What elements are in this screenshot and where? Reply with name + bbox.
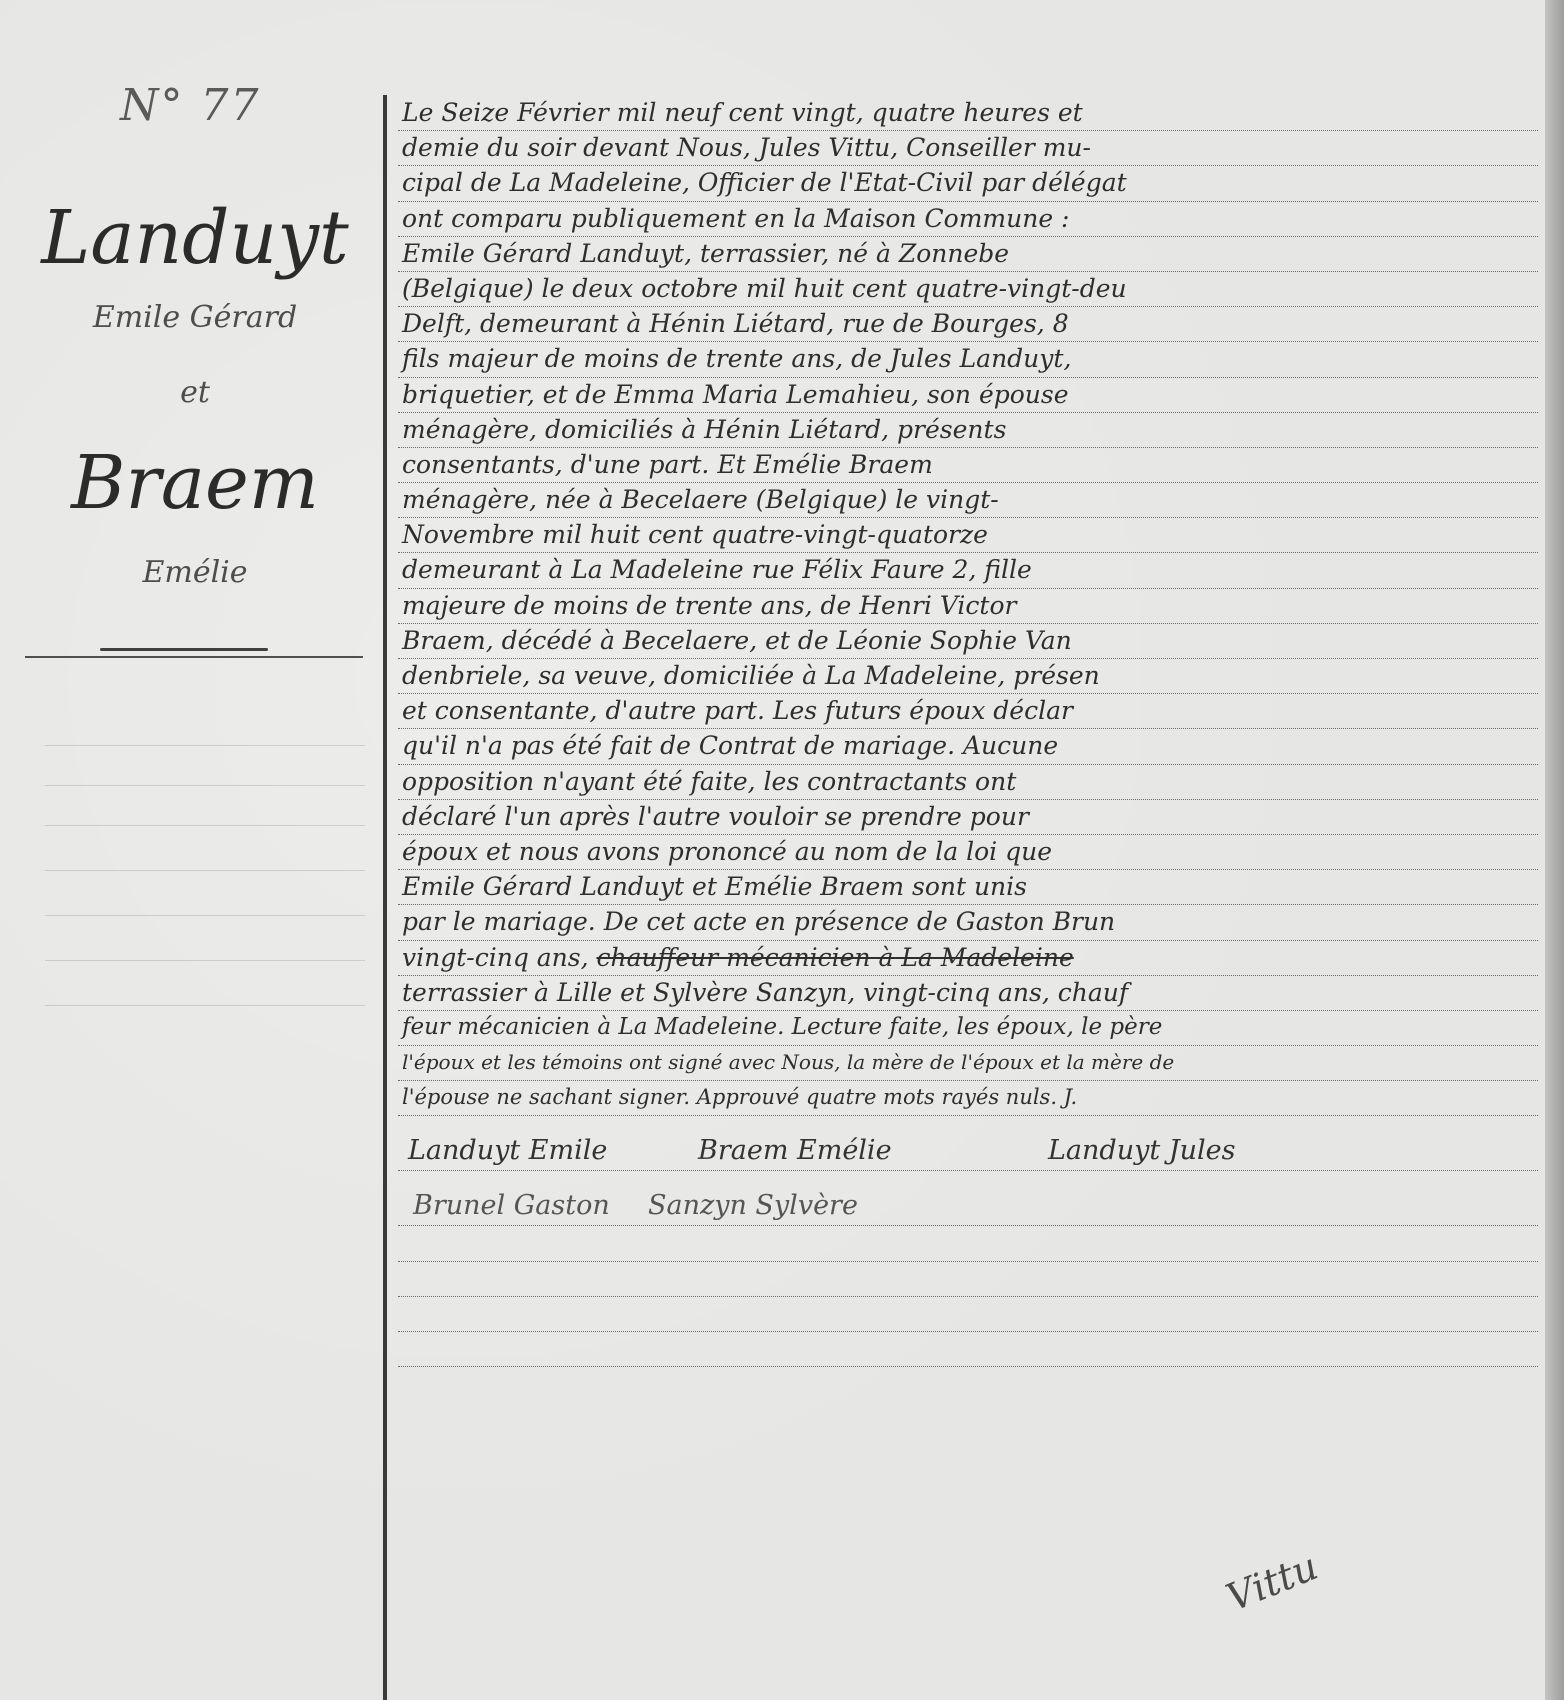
record-line-with-strikethrough: vingt-cinq ans, chauffeur mécanicien à L…	[398, 941, 1538, 976]
margin-divider-long	[25, 656, 363, 658]
bride-surname: Braem	[30, 440, 360, 526]
faint-ruling	[45, 825, 365, 826]
record-line: demie du soir devant Nous, Jules Vittu, …	[398, 131, 1538, 166]
faint-ruling	[45, 785, 365, 786]
margin-column: N° 77 Landuyt Emile Gérard et Braem Emél…	[0, 0, 383, 1700]
margin-divider-short	[100, 648, 268, 651]
record-line: feur mécanicien à La Madeleine. Lecture …	[398, 1011, 1538, 1046]
record-line: demeurant à La Madeleine rue Félix Faure…	[398, 553, 1538, 588]
record-line: consentants, d'une part. Et Emélie Braem	[398, 448, 1538, 483]
record-line: Le Seize Février mil neuf cent vingt, qu…	[398, 96, 1538, 131]
signature-witness-2: Sanzyn Sylvère	[648, 1190, 858, 1221]
blank-ruled-line	[398, 1332, 1538, 1367]
faint-ruling	[45, 745, 365, 746]
record-line: Delft, demeurant à Hénin Liétard, rue de…	[398, 307, 1538, 342]
record-line: cipal de La Madeleine, Officier de l'Eta…	[398, 166, 1538, 201]
entry-number: N° 77	[120, 80, 260, 131]
record-line: Emile Gérard Landuyt et Emélie Braem son…	[398, 870, 1538, 905]
record-line: terrassier à Lille et Sylvère Sanzyn, vi…	[398, 976, 1538, 1011]
conjunction: et	[30, 375, 360, 410]
groom-given-names: Emile Gérard	[30, 300, 360, 335]
record-line: l'épouse ne sachant signer. Approuvé qua…	[398, 1081, 1538, 1116]
record-body: Le Seize Février mil neuf cent vingt, qu…	[398, 96, 1538, 1367]
record-line: époux et nous avons prononcé au nom de l…	[398, 835, 1538, 870]
bride-given-names: Emélie	[30, 555, 360, 590]
record-line: majeure de moins de trente ans, de Henri…	[398, 589, 1538, 624]
record-line: denbriele, sa veuve, domiciliée à La Mad…	[398, 659, 1538, 694]
blank-ruled-line	[398, 1262, 1538, 1297]
blank-ruled-line	[398, 1226, 1538, 1261]
record-line: Emile Gérard Landuyt, terrassier, né à Z…	[398, 237, 1538, 272]
record-line: l'époux et les témoins ont signé avec No…	[398, 1046, 1538, 1081]
signature-row-2: Brunel Gaston Sanzyn Sylvère	[398, 1171, 1538, 1226]
signature-row-1: Landuyt Emile Braem Emélie Landuyt Jules	[398, 1116, 1538, 1171]
record-line: fils majeur de moins de trente ans, de J…	[398, 342, 1538, 377]
record-line: briquetier, et de Emma Maria Lemahieu, s…	[398, 378, 1538, 413]
faint-ruling	[45, 960, 365, 961]
signature-groom-father: Landuyt Jules	[1048, 1135, 1235, 1166]
record-line: Novembre mil huit cent quatre-vingt-quat…	[398, 518, 1538, 553]
groom-surname: Landuyt	[30, 195, 360, 281]
record-line: ont comparu publiquement en la Maison Co…	[398, 202, 1538, 237]
record-line: (Belgique) le deux octobre mil huit cent…	[398, 272, 1538, 307]
record-line: ménagère, née à Becelaere (Belgique) le …	[398, 483, 1538, 518]
signature-officer: Vittu	[1220, 1544, 1324, 1620]
struck-text: chauffeur mécanicien à La Madeleine	[597, 943, 1074, 972]
signature-groom: Landuyt Emile	[408, 1135, 607, 1166]
record-line: déclaré l'un après l'autre vouloir se pr…	[398, 800, 1538, 835]
faint-ruling	[45, 870, 365, 871]
record-line: qu'il n'a pas été fait de Contrat de mar…	[398, 729, 1538, 764]
margin-rule	[383, 95, 387, 1700]
signature-witness-1: Brunel Gaston	[413, 1190, 610, 1221]
register-page: N° 77 Landuyt Emile Gérard et Braem Emél…	[0, 0, 1545, 1700]
record-line: opposition n'ayant été faite, les contra…	[398, 765, 1538, 800]
faint-ruling	[45, 1005, 365, 1006]
faint-ruling	[45, 915, 365, 916]
page-edge	[1545, 0, 1564, 1700]
record-line: et consentante, d'autre part. Les futurs…	[398, 694, 1538, 729]
blank-ruled-line	[398, 1297, 1538, 1332]
record-line: Braem, décédé à Becelaere, et de Léonie …	[398, 624, 1538, 659]
record-line: ménagère, domiciliés à Hénin Liétard, pr…	[398, 413, 1538, 448]
signature-bride: Braem Emélie	[698, 1135, 892, 1166]
record-line: par le mariage. De cet acte en présence …	[398, 905, 1538, 940]
